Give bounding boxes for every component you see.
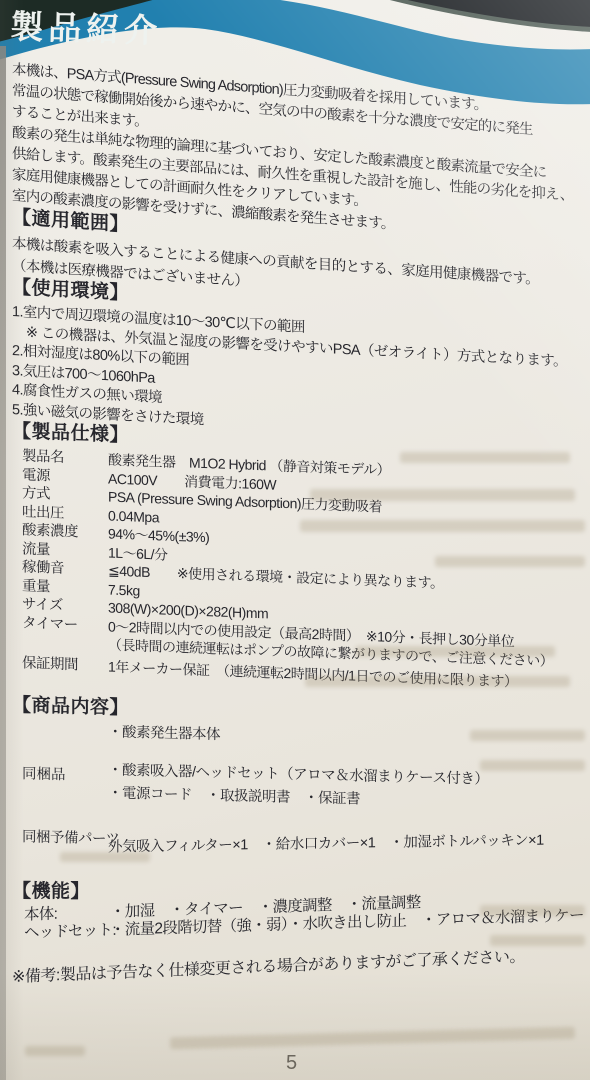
bleed-through-line — [25, 1046, 85, 1056]
section-functions: 【機能】 本体: ・加湿 ・タイマー ・濃度調整 ・流量調整 ヘッドセット: ・… — [12, 876, 590, 943]
page-number: 5 — [286, 1052, 298, 1075]
bleed-through-line — [170, 1027, 575, 1050]
page-edge-shadow — [0, 46, 6, 1080]
spec-label: 保証期間 — [12, 654, 108, 676]
contents-bundled-label: 同梱品 — [22, 762, 66, 784]
page-title: 製品紹介 — [10, 1, 163, 52]
section-contents: 【商品内容】 ・酸素発生器本体 同梱品 ・酸素吸入器/ヘッドセット（アロマ＆水溜… — [12, 690, 590, 872]
function-label: ヘッドセット: — [12, 922, 110, 943]
section-specs: 【製品仕様】 製品名 酸素発生器 M1O2 Hybrid （静音対策モデル） 電… — [12, 416, 590, 693]
manual-page: 製品紹介 本機は、PSA方式(Pressure Swing Adsorption… — [0, 0, 590, 1080]
remark-note: ※備考:製品は予告なく仕様変更される場合がありますがご了承ください。 — [12, 943, 525, 987]
